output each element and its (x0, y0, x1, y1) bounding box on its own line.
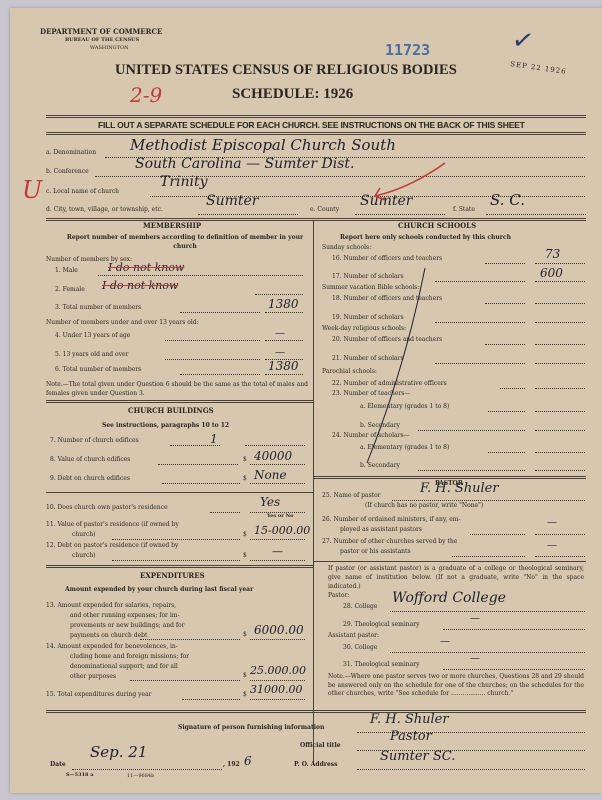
q27-value: — (547, 540, 557, 551)
schedule-title: SCHEDULE: 1926 (232, 86, 353, 103)
q27-label-cont: pastor or his assistants (340, 548, 411, 555)
q10-label: 10. Does church own pastor's residence (46, 504, 168, 511)
q26-label: 26. Number of ordained ministers, if any… (322, 516, 461, 523)
print-code: 11—9684b (127, 773, 154, 779)
state-value: S. C. (490, 191, 525, 209)
denomination-label: a. Denomination (46, 149, 96, 156)
check-mark-icon: ✓ (510, 24, 537, 57)
schools-intro: Report here only schools conducted by th… (340, 234, 511, 241)
year-value: 6 (244, 754, 252, 768)
q3-value: 1380 (268, 297, 299, 311)
city-value: Sumter (206, 193, 259, 209)
dollar-sign: $ (243, 531, 247, 538)
denomination-value: Methodist Episcopal Church South (130, 136, 396, 154)
q31-value: — (470, 653, 480, 664)
q8-label: 8. Value of church edifices (50, 456, 130, 463)
q4-label: 4. Under 13 years of age (55, 332, 130, 339)
q14-value: 25.000.00 (250, 664, 306, 677)
signature-value: F. H. Shuler (370, 712, 449, 727)
membership-note: Note.—The total given under Question 6 s… (46, 381, 308, 398)
serial-number: 11723 (385, 41, 430, 59)
q4-value: — (275, 328, 285, 339)
members-by-age-label: Number of members under and over 13 year… (46, 319, 199, 326)
buildings-heading: CHURCH BUILDINGS (128, 406, 214, 415)
dollar-sign: $ (243, 456, 247, 463)
divider (46, 492, 313, 493)
county-label: e. County (310, 206, 339, 213)
church-name-label: c. Local name of church (46, 188, 119, 195)
q15-label: 15. Total expenditures during year (46, 691, 152, 698)
q27-label: 27. Number of other churches served by t… (322, 538, 457, 545)
census-form-sheet: DEPARTMENT OF COMMERCE BUREAU OF THE CEN… (10, 8, 602, 793)
divider (46, 218, 586, 221)
q29-label: 29. Theological seminary (343, 621, 419, 628)
q8-value: 40000 (254, 449, 292, 463)
assistant-pastor-subheading: Assistant pastor: (328, 632, 379, 639)
po-address-value: Sumter SC. (380, 749, 455, 764)
divider (313, 561, 586, 562)
q28-value: Wofford College (392, 590, 506, 606)
q9-label: 9. Debt on church edifices (50, 475, 130, 482)
q11-label-cont: church) (72, 531, 96, 538)
membership-heading: MEMBERSHIP (143, 221, 201, 230)
q13-label: 13. Amount expended for salaries, repair… (46, 601, 185, 641)
schools-heading: CHURCH SCHOOLS (398, 221, 476, 230)
divider (46, 565, 313, 568)
date-value: Sep. 21 (90, 743, 147, 761)
q12-value: — (272, 545, 283, 558)
membership-intro: Report number of members according to de… (65, 233, 305, 251)
q17-value: 600 (540, 266, 563, 280)
divider (46, 132, 586, 135)
q14-label: 14. Amount expended for benevolences, in… (46, 642, 189, 682)
q13-value: 6000.00 (254, 623, 304, 637)
q16-label: 16. Number of officers and teachers (332, 255, 442, 262)
q15-value: 31000.00 (250, 683, 303, 696)
buildings-intro: See instructions, paragraphs 10 to 12 (102, 422, 229, 429)
po-address-label: P. O. Address (294, 761, 338, 768)
graduate-note: If pastor (or assistant pastor) is a gra… (328, 564, 584, 591)
q6-label: 6. Total number of members (55, 366, 141, 373)
q2-label: 2. Female (55, 286, 85, 293)
city-label: WASHINGTON (90, 45, 128, 51)
q30-value: — (440, 636, 450, 647)
q10-hint: Yes or No (267, 513, 294, 519)
state-label: f. State (453, 206, 475, 213)
q16-value: 73 (545, 247, 560, 261)
red-code-mark: 2-9 (130, 83, 162, 107)
dollar-sign: $ (243, 552, 247, 559)
q25-hint: (If church has no pastor, write "None") (365, 502, 483, 509)
date-label: Date (50, 761, 66, 768)
official-title-value: Pastor (390, 729, 432, 744)
pastor-subheading: Pastor: (328, 592, 349, 599)
expenditures-heading: EXPENDITURES (140, 571, 205, 580)
divider (313, 476, 586, 479)
dollar-sign: $ (243, 672, 247, 679)
q9-value: None (254, 468, 287, 482)
cross-out-stroke (365, 268, 435, 468)
q31-label: 31. Theological seminary (343, 661, 419, 668)
bureau-label: BUREAU OF THE CENSUS (65, 37, 139, 43)
q7-label: 7. Number of church edifices (50, 437, 139, 444)
red-arrow-icon (330, 158, 450, 203)
q26-label-cont: ployed as assistant pastors (340, 526, 422, 533)
q1-label: 1. Male (55, 267, 78, 274)
q12-label-cont: church) (72, 552, 96, 559)
instruction-bar: FILL OUT A SEPARATE SCHEDULE FOR EACH CH… (98, 120, 525, 130)
q25-value: F. H. Shuler (420, 481, 499, 496)
dollar-sign: $ (243, 631, 247, 638)
city-label: d. City, town, village, or township, etc… (46, 206, 163, 213)
dollar-sign: $ (243, 475, 247, 482)
q28-label: 28. College (343, 603, 377, 610)
form-number: S—5318 a (66, 772, 94, 778)
church-name-value: Trinity (160, 174, 208, 190)
dollar-sign: $ (243, 691, 247, 698)
official-title-label: Official title (300, 742, 341, 749)
pastor-note: Note.—Where one pastor serves two or mor… (328, 673, 584, 699)
q10-value: Yes (260, 495, 280, 509)
column-divider (313, 220, 314, 765)
q12-label: 12. Debt on pastor's residence (if owned… (46, 542, 178, 549)
signature-label: Signature of person furnishing informati… (178, 724, 324, 731)
year-prefix: , 192 (223, 761, 240, 768)
form-title: UNITED STATES CENSUS OF RELIGIOUS BODIES (115, 62, 457, 79)
q3-label: 3. Total number of members (55, 304, 141, 311)
q6-value: 1380 (268, 359, 299, 373)
q2-value: I do not know (102, 279, 178, 292)
expenditures-intro: Amount expended by your church during la… (65, 586, 253, 593)
q11-value: 15-000.00 (254, 524, 310, 537)
q5-label: 5. 13 years old and over (55, 351, 128, 358)
q11-label: 11. Value of pastor's residence (if owne… (46, 521, 179, 528)
q7-value: 1 (210, 432, 218, 446)
divider (46, 400, 313, 403)
department-label: DEPARTMENT OF COMMERCE (40, 27, 162, 36)
divider (46, 115, 586, 118)
q5-value: — (275, 347, 285, 358)
q30-label: 30. College (343, 644, 377, 651)
sunday-schools-label: Sunday schools: (322, 244, 371, 251)
received-stamp: SEP 22 1926 (510, 60, 567, 76)
q29-value: — (470, 613, 480, 624)
conference-label: b. Conference (46, 168, 89, 175)
q26-value: — (547, 517, 557, 528)
q25-label: 25. Name of pastor (322, 492, 381, 499)
q1-value: I do not know (108, 261, 184, 274)
conference-value: South Carolina — Sumter Dist. (135, 156, 354, 172)
red-margin-mark: U (22, 176, 42, 204)
divider (46, 710, 586, 713)
